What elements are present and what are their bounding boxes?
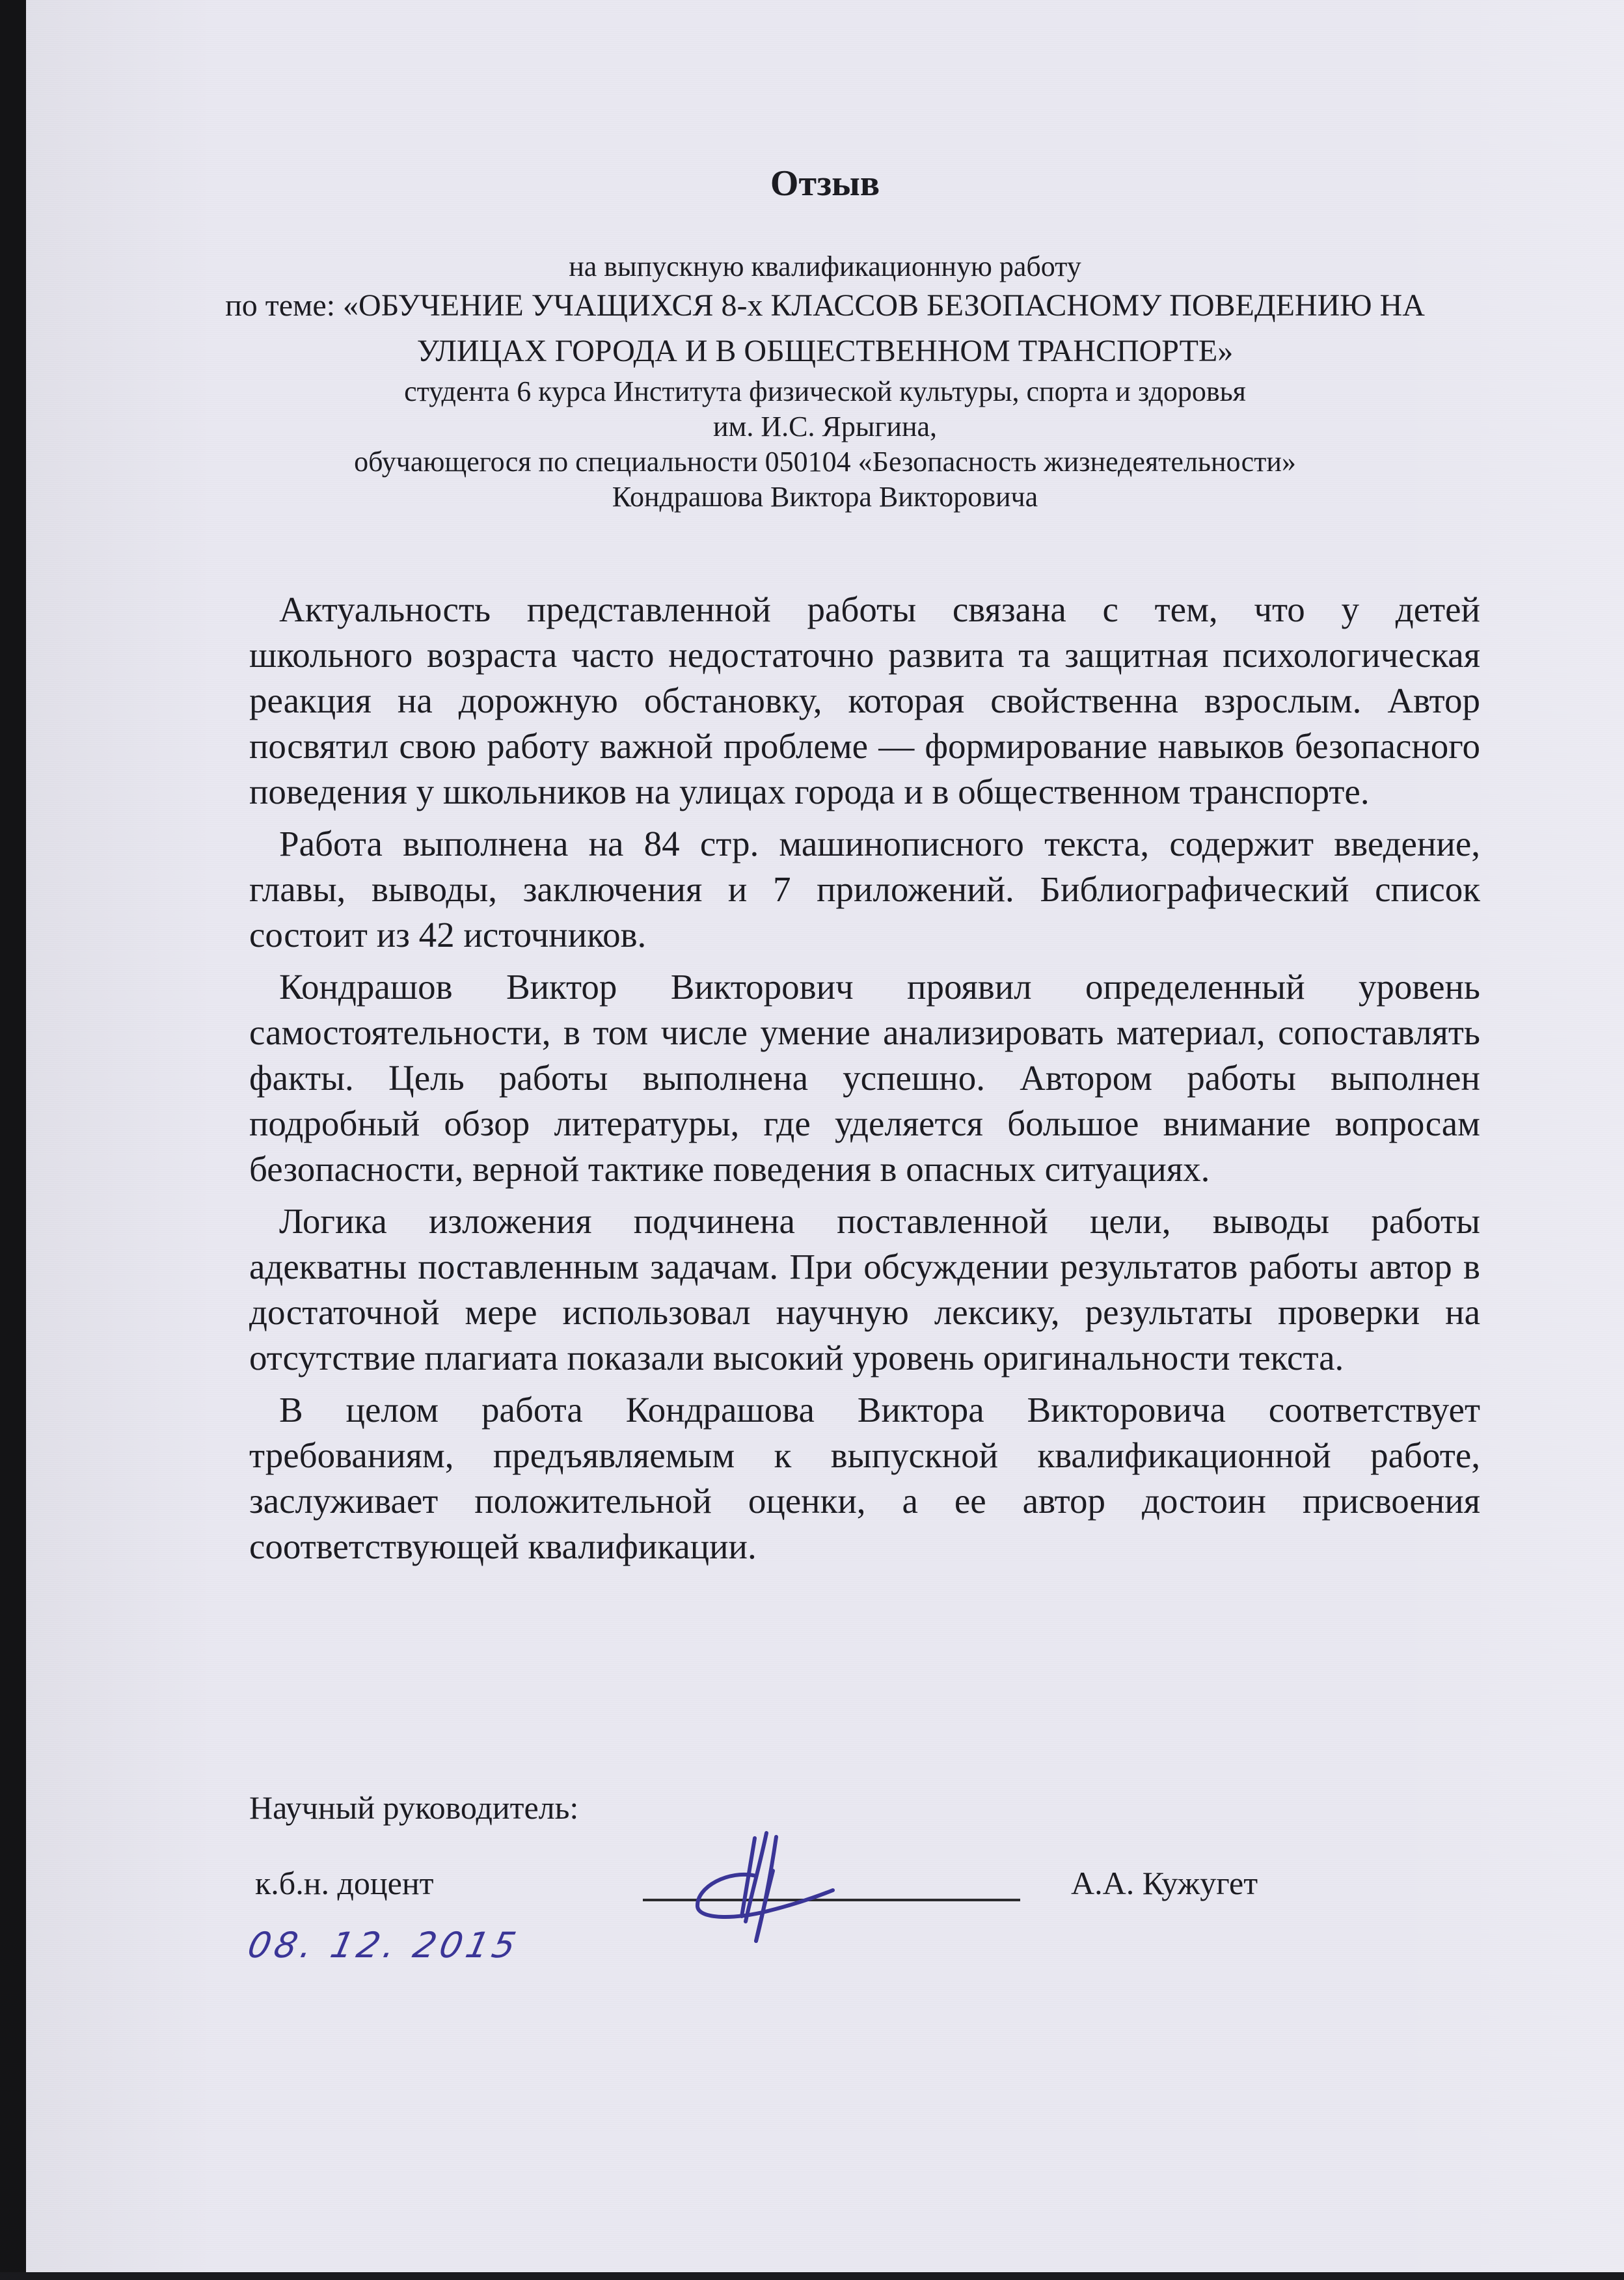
- supervisor-name: А.А. Кужугет: [1071, 1862, 1258, 1904]
- header-line-work-type: на выпускную квалификационную работу: [26, 246, 1624, 288]
- document-title: Отзыв: [26, 163, 1624, 204]
- paragraph-1-line-2: школьного возраста часто недостаточно ра…: [249, 634, 1480, 676]
- paragraph-3-line-1: Кондрашов Виктор Викторович проявил опре…: [249, 966, 1480, 1008]
- paragraph-5-line-3: заслуживает положительной оценки, а ее а…: [249, 1480, 1480, 1522]
- handwritten-signature-icon: [683, 1825, 865, 1949]
- paragraph-5-line-2: требованиям, предъявляемым к выпускной к…: [249, 1435, 1480, 1476]
- document-page: Отзыв на выпускную квалификационную рабо…: [26, 0, 1624, 2272]
- paragraph-5-line-1: В целом работа Кондрашова Виктора Виктор…: [249, 1389, 1480, 1431]
- header-line-student-name: Кондрашова Виктора Викторовича: [26, 476, 1624, 518]
- header-line-topic-2: УЛИЦАХ ГОРОДА И В ОБЩЕСТВЕННОМ ТРАНСПОРТ…: [26, 331, 1624, 372]
- supervisor-role-label: Научный руководитель:: [249, 1787, 578, 1828]
- paragraph-3-line-2: самостоятельности, в том числе умение ан…: [249, 1012, 1480, 1053]
- paragraph-4-line-2: адекватны поставленным задачам. При обсу…: [249, 1246, 1480, 1288]
- paragraph-3-line-5: безопасности, верной тактике поведения в…: [249, 1148, 1210, 1190]
- paragraph-1-line-3: реакция на дорожную обстановку, которая …: [249, 680, 1480, 722]
- paragraph-4-line-3: достаточной мере использовал научную лек…: [249, 1292, 1480, 1333]
- paragraph-4-line-4: отсутствие плагиата показали высокий уро…: [249, 1337, 1344, 1379]
- supervisor-position: к.б.н. доцент: [255, 1862, 434, 1904]
- paragraph-3-line-4: подробный обзор литературы, где уделяетс…: [249, 1103, 1480, 1145]
- paragraph-1-line-1: Актуальность представленной работы связа…: [249, 589, 1480, 631]
- paragraph-1-line-4: посвятил свою работу важной проблеме — ф…: [249, 726, 1480, 767]
- paragraph-1-line-5: поведения у школьников на улицах города …: [249, 771, 1370, 813]
- header-line-topic-1: по теме: «ОБУЧЕНИЕ УЧАЩИХСЯ 8-х КЛАССОВ …: [26, 285, 1624, 327]
- paragraph-3-line-3: факты. Цель работы выполнена успешно. Ав…: [249, 1057, 1480, 1099]
- paragraph-5-line-4: соответствующей квалификации.: [249, 1526, 757, 1567]
- scan-border-bottom: [0, 2272, 1624, 2280]
- handwritten-date: 08. 12. 2015: [244, 1925, 523, 1966]
- paragraph-2-line-1: Работа выполнена на 84 стр. машинописног…: [249, 823, 1480, 865]
- paragraph-2-line-3: состоит из 42 источников.: [249, 914, 646, 956]
- paragraph-4-line-1: Логика изложения подчинена поставленной …: [249, 1201, 1480, 1242]
- paragraph-2-line-2: главы, выводы, заключения и 7 приложений…: [249, 869, 1480, 910]
